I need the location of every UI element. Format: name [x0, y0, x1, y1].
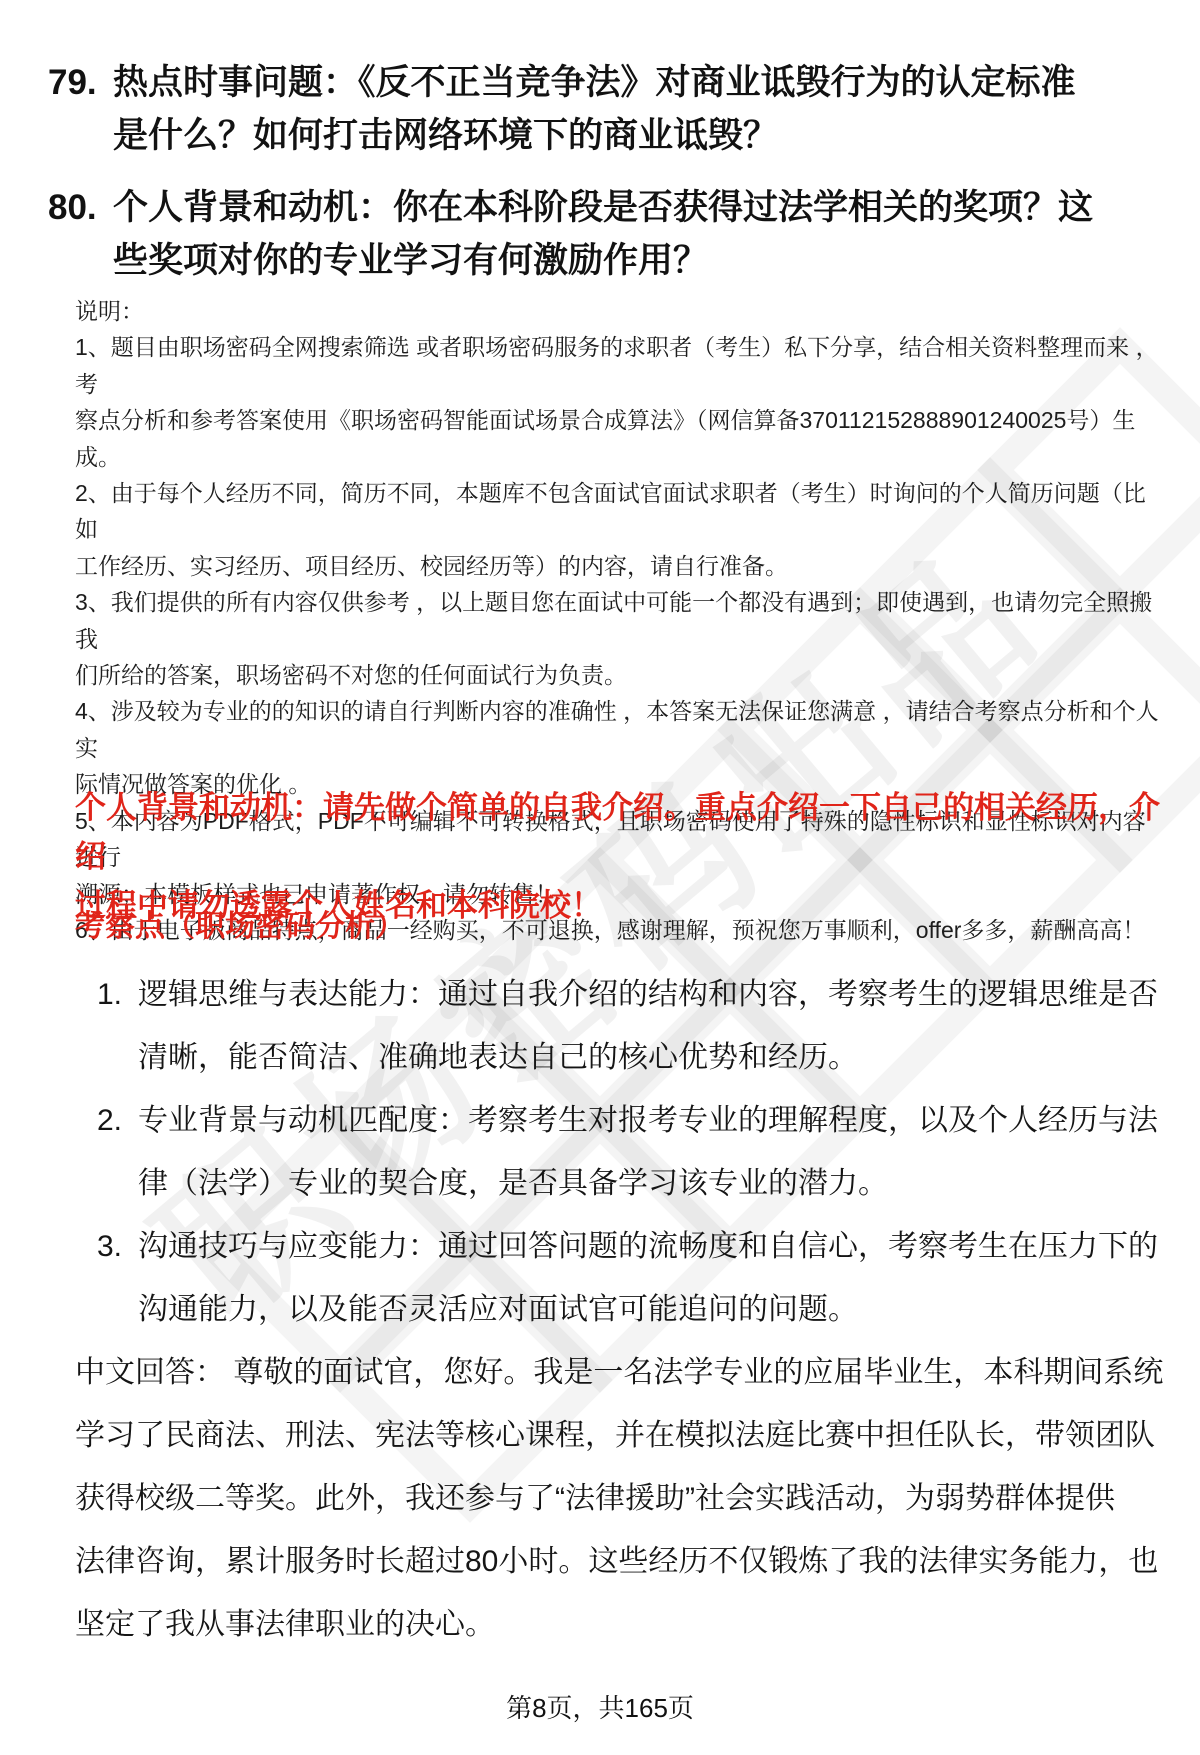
analysis-line: 沟通能力，以及能否灵活应对面试官可能追问的问题。 [0, 1278, 1165, 1341]
notes-line: 们所给的答案，职场密码不对您的任何面试行为负责。 [75, 657, 1160, 693]
question-number: 80. [48, 181, 97, 234]
notes-line: 3、我们提供的所有内容仅供参考 ，以上题目您在面试中可能一个都没有遇到；即使遇到… [75, 584, 1160, 657]
analysis-item-number: 1. [97, 963, 122, 1026]
analysis-list: 1. 逻辑思维与表达能力：通过自我介绍的结构和内容，考察考生的逻辑思维是否 清晰… [0, 963, 1165, 1341]
answer-line: 法律咨询，累计服务时长超过80小时。这些经历不仅锻炼了我的法律实务能力，也 [75, 1530, 1165, 1593]
analysis-heading: 考察点（职场密码分析） [75, 901, 405, 945]
pdf-page: 职场密码出品 79. 热点时事问题：《反不正当竞争法》对商业诋毁行为的认定标准 … [0, 0, 1200, 1755]
analysis-item: 3. 沟通技巧与应变能力：通过回答问题的流畅度和自信心，考察考生在压力下的 沟通… [0, 1215, 1165, 1341]
analysis-item-number: 3. [97, 1215, 122, 1278]
notes-title: 说明： [75, 293, 1160, 329]
question-item-79: 79. 热点时事问题：《反不正当竞争法》对商业诋毁行为的认定标准 是什么？如何打… [0, 56, 1150, 162]
analysis-line: 沟通技巧与应变能力：通过回答问题的流畅度和自信心，考察考生在压力下的 [0, 1215, 1165, 1278]
page-footer: 第8页，共165页 [0, 1688, 1200, 1725]
notes-line: 成。 [75, 439, 1160, 475]
answer-line: 学习了民商法、刑法、宪法等核心课程，并在模拟法庭比赛中担任队长，带领团队 [75, 1404, 1165, 1467]
notes-line: 察点分析和参考答案使用《职场密码智能面试场景合成算法》（网信算备37011215… [75, 402, 1160, 438]
answer-paragraph: 中文回答： 尊敬的面试官，您好。我是一名法学专业的应届毕业生，本科期间系统 学习… [75, 1341, 1165, 1656]
answer-line: 中文回答： 尊敬的面试官，您好。我是一名法学专业的应届毕业生，本科期间系统 [75, 1341, 1165, 1404]
analysis-item: 2. 专业背景与动机匹配度：考察考生对报考专业的理解程度，以及个人经历与法 律（… [0, 1089, 1165, 1215]
notes-line: 4、涉及较为专业的的知识的请自行判断内容的准确性 ，本答案无法保证您满意 ，请结… [75, 693, 1160, 766]
question-item-80: 80. 个人背景和动机：你在本科阶段是否获得过法学相关的奖项？这 些奖项对你的专… [0, 181, 1150, 287]
answer-line: 坚定了我从事法律职业的决心。 [75, 1593, 1165, 1656]
analysis-line: 清晰，能否简洁、准确地表达自己的核心优势和经历。 [0, 1026, 1165, 1089]
analysis-item: 1. 逻辑思维与表达能力：通过自我介绍的结构和内容，考察考生的逻辑思维是否 清晰… [0, 963, 1165, 1089]
question-number: 79. [48, 56, 97, 109]
question-line: 是什么？如何打击网络环境下的商业诋毁？ [113, 109, 1150, 162]
notes-line: 1、题目由职场密码全网搜索筛选 或者职场密码服务的求职者（考生）私下分享，结合相… [75, 329, 1160, 402]
question-line: 些奖项对你的专业学习有何激励作用？ [113, 234, 1150, 287]
analysis-line: 律（法学）专业的契合度，是否具备学习该专业的潜力。 [0, 1152, 1165, 1215]
red-notice-line: 个人背景和动机：请先做个简单的自我介绍。重点介绍一下自己的相关经历，介绍 [75, 783, 1165, 881]
answer-line: 获得校级二等奖。此外，我还参与了“法律援助”社会实践活动，为弱势群体提供 [75, 1467, 1165, 1530]
question-line: 热点时事问题：《反不正当竞争法》对商业诋毁行为的认定标准 [113, 56, 1150, 109]
question-line: 个人背景和动机：你在本科阶段是否获得过法学相关的奖项？这 [113, 181, 1150, 234]
notes-line: 2、由于每个人经历不同，简历不同，本题库不包含面试官面试求职者（考生）时询问的个… [75, 475, 1160, 548]
analysis-item-number: 2. [97, 1089, 122, 1152]
analysis-line: 专业背景与动机匹配度：考察考生对报考专业的理解程度，以及个人经历与法 [0, 1089, 1165, 1152]
notes-line: 工作经历、实习经历、项目经历、校园经历等）的内容，请自行准备。 [75, 548, 1160, 584]
analysis-line: 逻辑思维与表达能力：通过自我介绍的结构和内容，考察考生的逻辑思维是否 [0, 963, 1165, 1026]
